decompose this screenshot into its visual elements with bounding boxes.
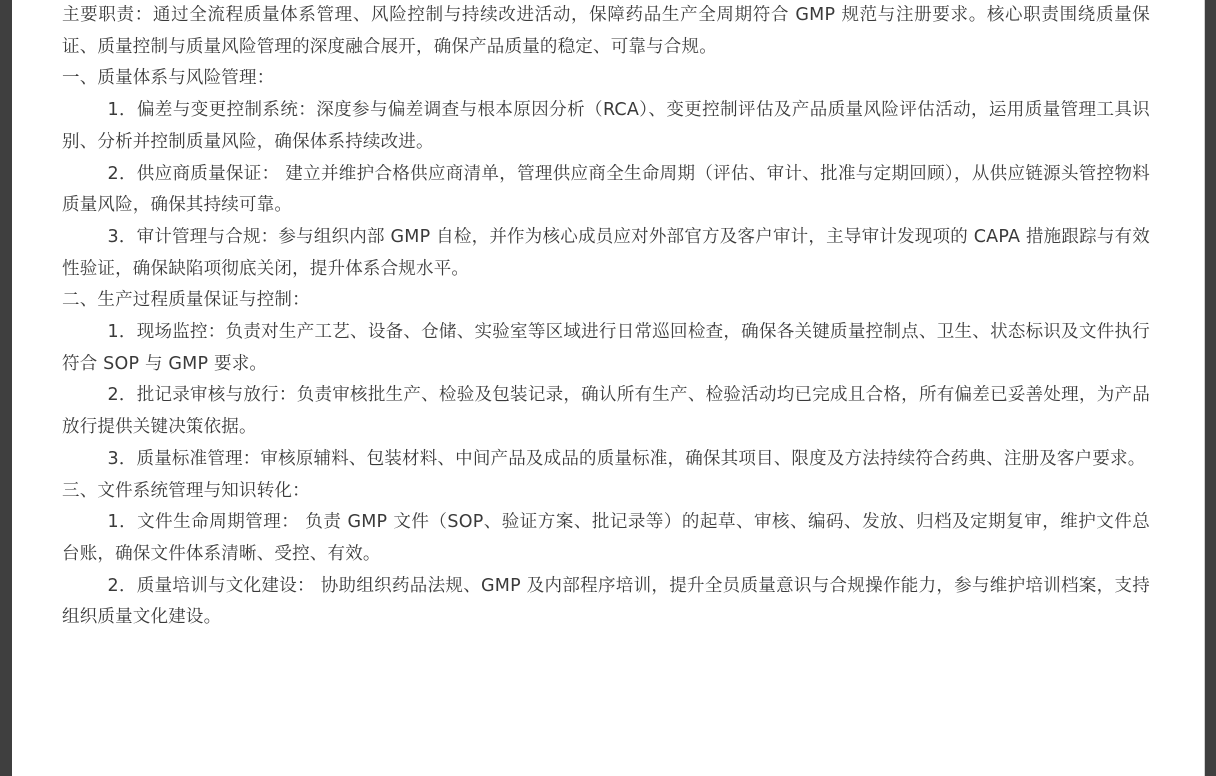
list-item: 1．文件生命周期管理： 负责 GMP 文件（SOP、验证方案、批记录等）的起草、… — [62, 507, 1150, 570]
list-item: 2．质量培训与文化建设： 协助组织药品法规、GMP 及内部程序培训，提升全员质量… — [62, 571, 1150, 634]
section-heading: 一、质量体系与风险管理： — [62, 63, 1150, 95]
list-item: 1．现场监控：负责对生产工艺、设备、仓储、实验室等区域进行日常巡回检查，确保各关… — [62, 317, 1150, 380]
list-item: 2．供应商质量保证： 建立并维护合格供应商清单，管理供应商全生命周期（评估、审计… — [62, 159, 1150, 222]
list-item: 1．偏差与变更控制系统：深度参与偏差调查与根本原因分析（RCA）、变更控制评估及… — [62, 95, 1150, 158]
section-heading: 三、文件系统管理与知识转化： — [62, 476, 1150, 508]
intro-paragraph: 主要职责：通过全流程质量体系管理、风险控制与持续改进活动，保障药品生产全周期符合… — [62, 0, 1150, 63]
left-window-border — [0, 0, 12, 776]
list-item: 2．批记录审核与放行：负责审核批生产、检验及包装记录，确认所有生产、检验活动均已… — [62, 380, 1150, 443]
list-item: 3．质量标准管理：审核原辅料、包装材料、中间产品及成品的质量标准，确保其项目、限… — [62, 444, 1150, 476]
document-body[interactable]: 主要职责：通过全流程质量体系管理、风险控制与持续改进活动，保障药品生产全周期符合… — [62, 0, 1150, 634]
list-item: 3．审计管理与合规：参与组织内部 GMP 自检，并作为核心成员应对外部官方及客户… — [62, 222, 1150, 285]
section-heading: 二、生产过程质量保证与控制： — [62, 285, 1150, 317]
document-page: 主要职责：通过全流程质量体系管理、风险控制与持续改进活动，保障药品生产全周期符合… — [12, 0, 1205, 776]
right-window-border — [1205, 0, 1216, 776]
